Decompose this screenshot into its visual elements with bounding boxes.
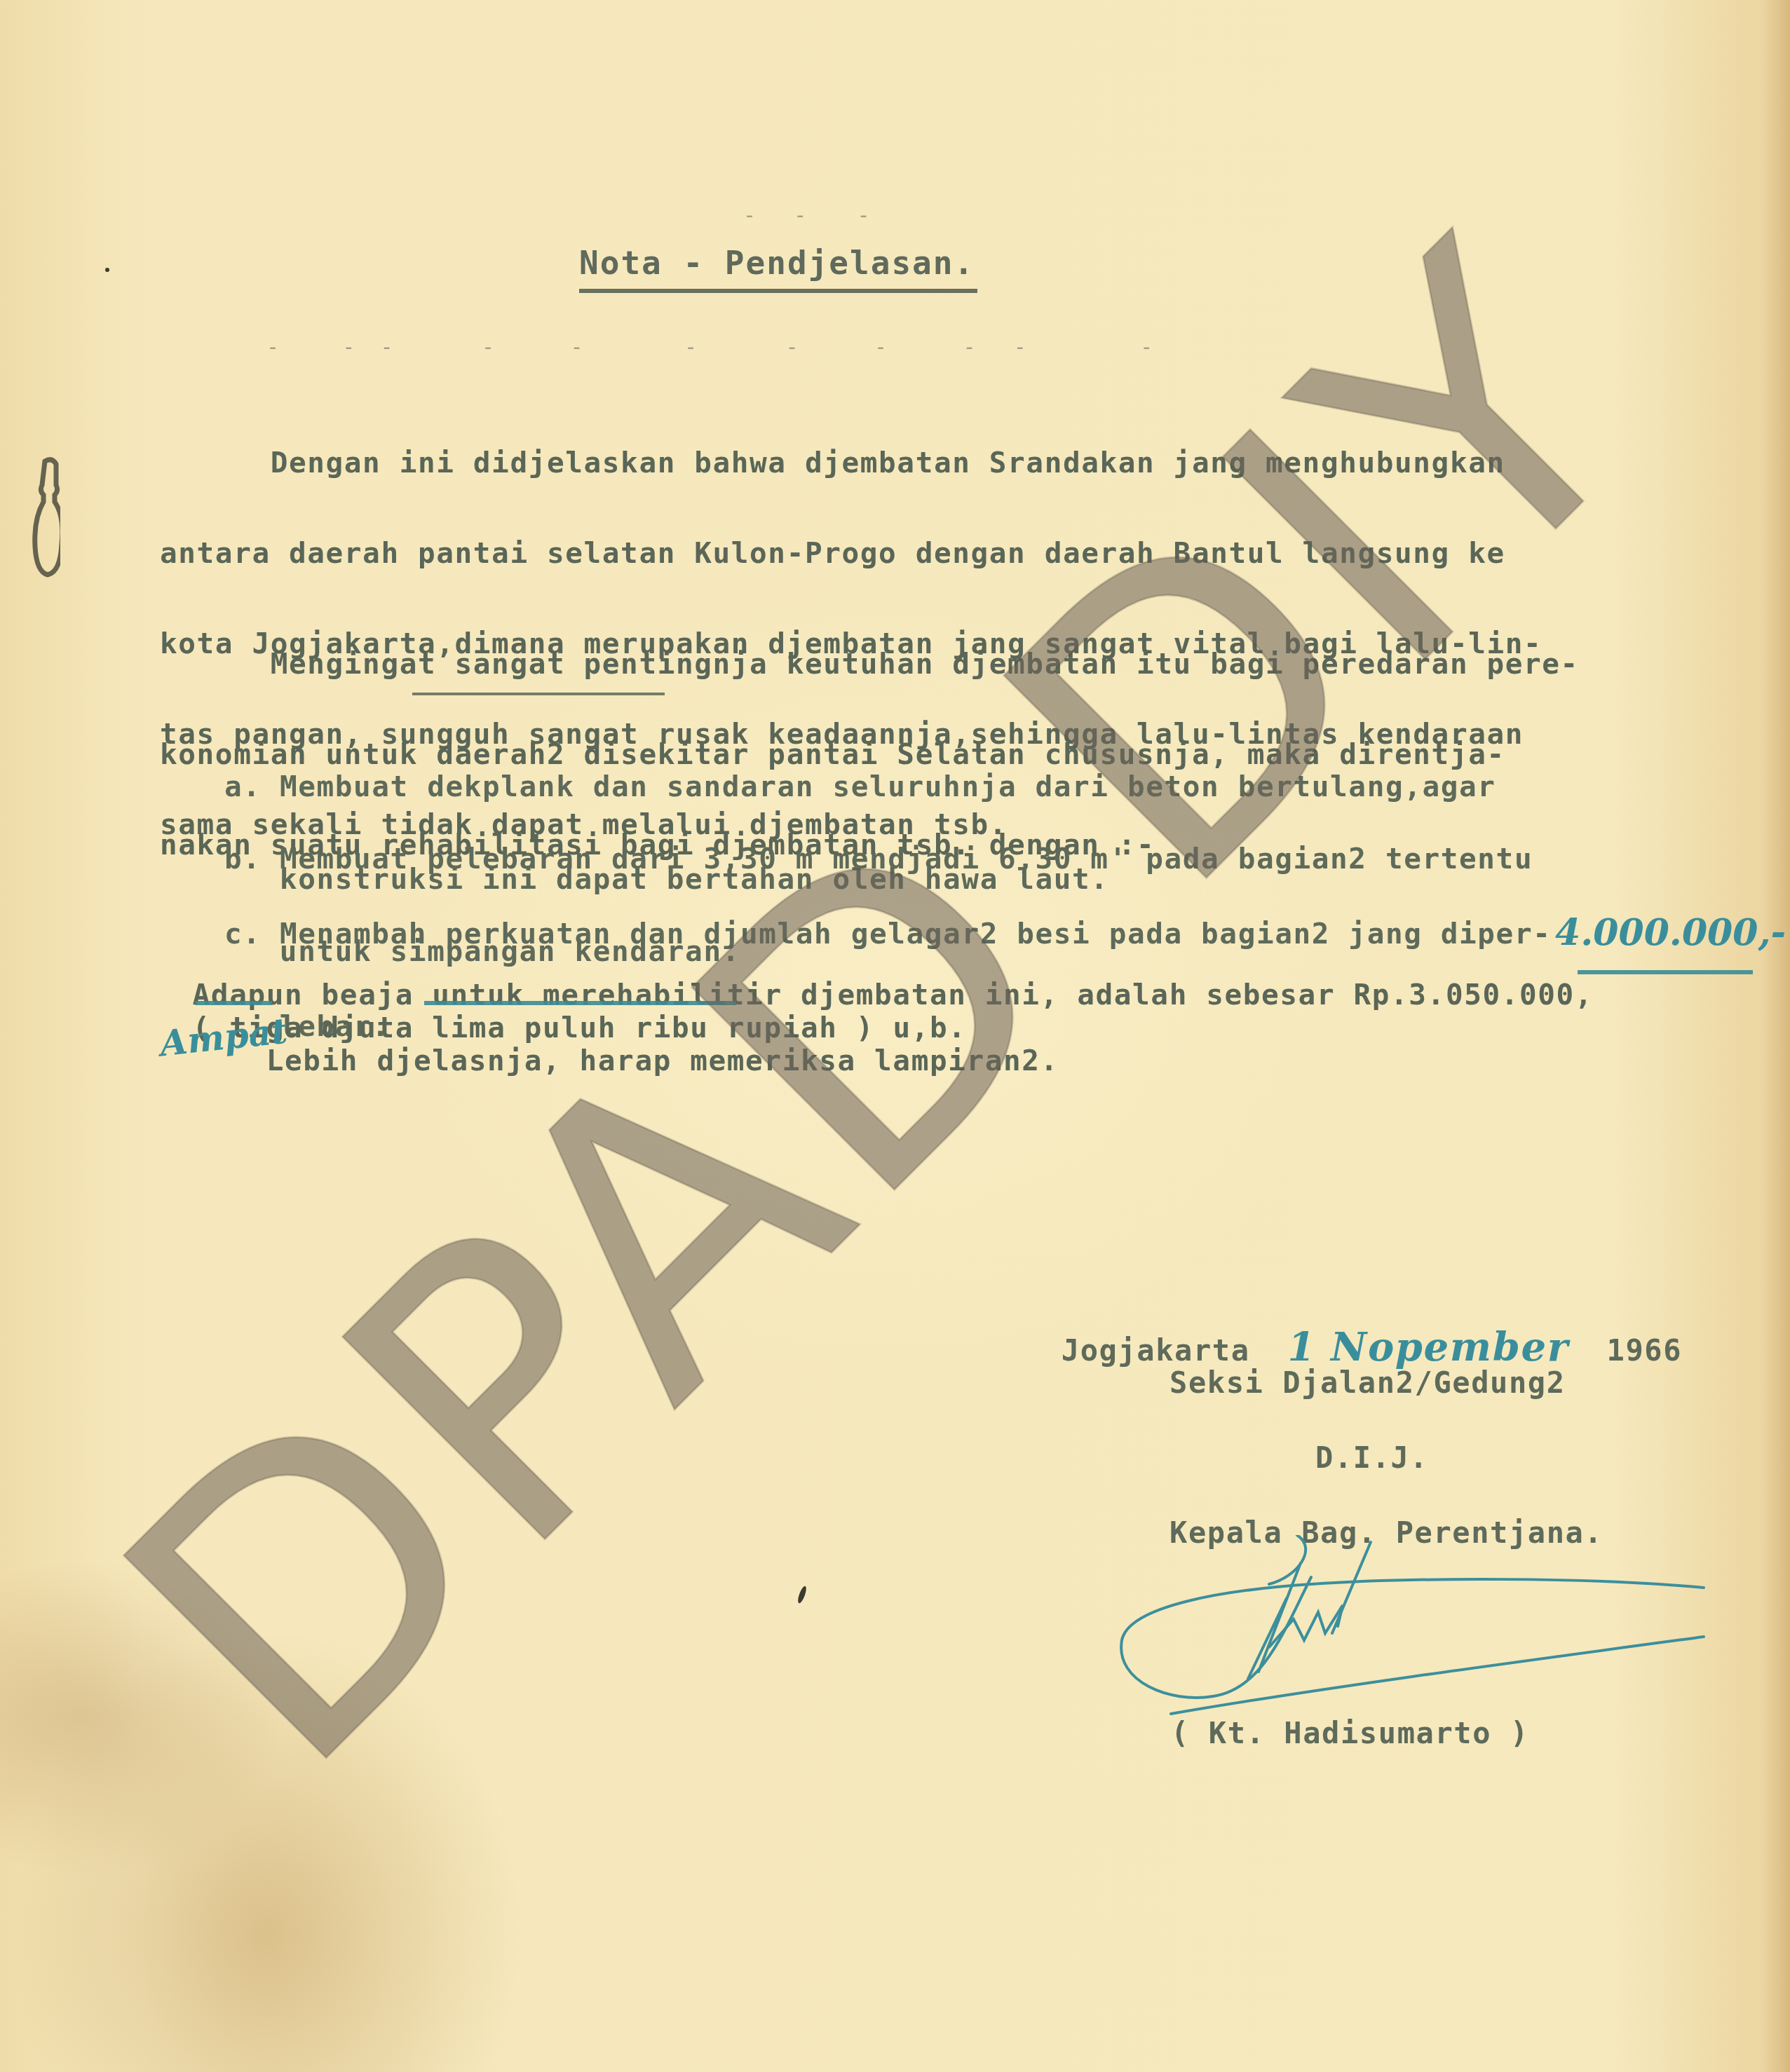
title-underline (579, 289, 977, 293)
handwritten-date: 1 Nopember (1287, 1324, 1568, 1370)
staple-hole-mark (32, 456, 60, 582)
region-name: D.I.J. (1315, 1440, 1428, 1475)
signatory-name: ( Kt. Hadisumarto ) (1171, 1716, 1529, 1750)
place: Jogjakarta (1062, 1333, 1250, 1368)
section-name: Seksi Djalan2/Gedung2 (1169, 1365, 1566, 1400)
original-amount: 3.050.000, (1409, 978, 1593, 1011)
year: 1966 (1607, 1333, 1683, 1368)
list-marker: c. (224, 917, 262, 950)
cost-text: djuta (303, 1011, 432, 1044)
handwritten-amount: 4.000.000,- (1555, 911, 1786, 954)
typewriter-residue: - - - - - - - - - - - (266, 335, 1153, 360)
amount-strikethrough (1578, 970, 1753, 974)
place-date: Jogjakarta 1 Nopember 1966 (1024, 1290, 1682, 1370)
typewriter-residue: - - - (743, 203, 870, 228)
document-title: Nota - Pendjelasan. (579, 244, 975, 282)
word-strikethrough (195, 1001, 272, 1005)
ink-speck (105, 268, 109, 272)
rehabilitasi-underline (412, 693, 665, 695)
paper-edge-shadow (1762, 0, 1790, 2072)
signature (1101, 1535, 1718, 1745)
